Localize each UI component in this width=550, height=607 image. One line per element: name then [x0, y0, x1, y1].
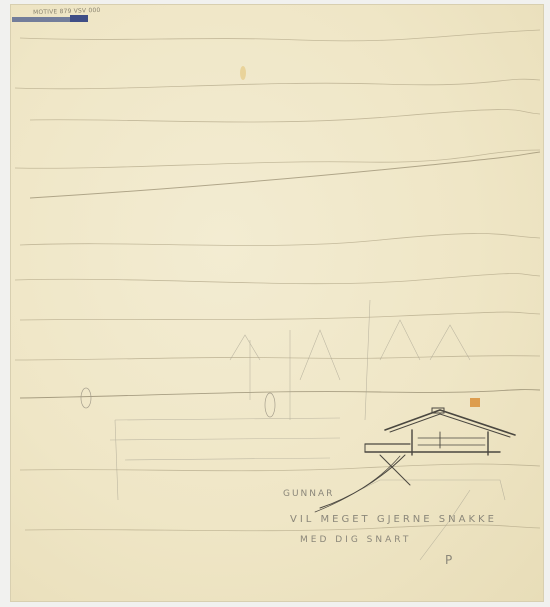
handwriting-line-3: MED DIG SNART — [300, 535, 411, 545]
signature: P — [445, 553, 454, 567]
handwriting-line-1: GUNNAR — [283, 489, 334, 499]
handwriting-line-2: VIL MEGET GJERNE SNAKKE — [290, 514, 497, 525]
stain — [470, 398, 480, 407]
